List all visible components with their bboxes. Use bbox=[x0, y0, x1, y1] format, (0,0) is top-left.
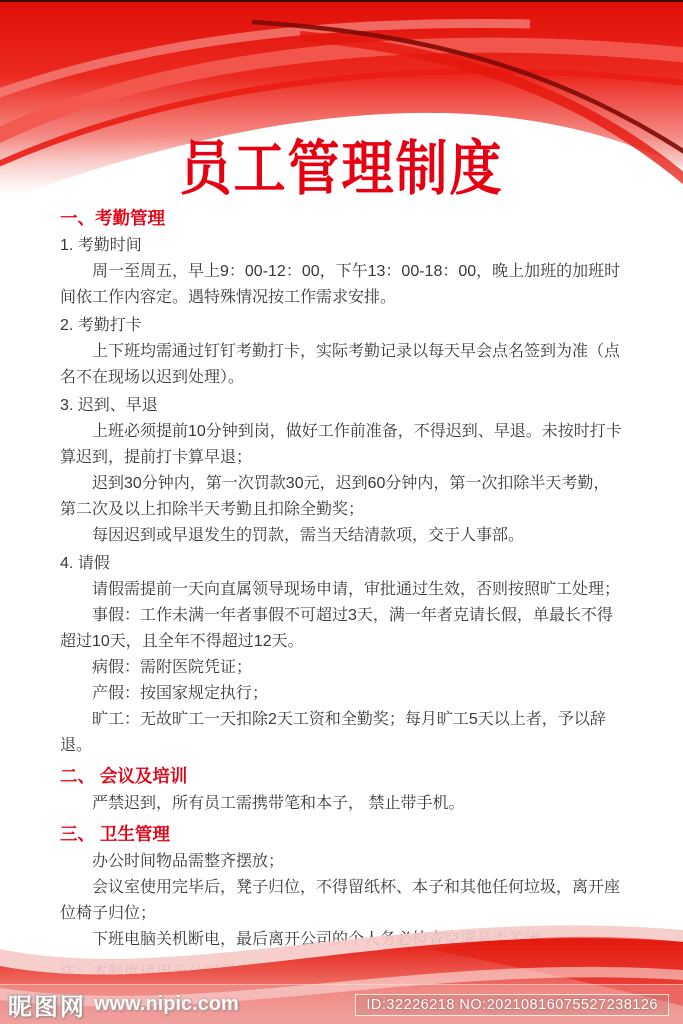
body-paragraph: 迟到30分钟内，第一次罚款30元，迟到60分钟内，第一次扣除半天考勤，第二次及以… bbox=[60, 471, 625, 523]
body-paragraph: 产假：按国家规定执行； bbox=[60, 681, 625, 707]
section-heading-meetings: 二、 会议及培训 bbox=[60, 763, 625, 789]
top-border-line bbox=[0, 0, 683, 2]
body-paragraph: 病假：需附医院凭证； bbox=[60, 655, 625, 681]
body-paragraph: 严禁迟到，所有员工需携带笔和本子， 禁止带手机。 bbox=[60, 791, 625, 817]
body-paragraph: 上班必须提前10分钟到岗，做好工作前准备，不得迟到、早退。未按时打卡算迟到，提前… bbox=[60, 419, 625, 471]
watermark-bar: 昵图网 www.nipic.com ID:32226218 NO:2021081… bbox=[0, 984, 683, 1024]
section-heading-hygiene: 三、 卫生管理 bbox=[60, 821, 625, 847]
section-heading-attendance: 一、考勤管理 bbox=[60, 205, 625, 231]
body-paragraph: 事假：工作未满一年者事假不可超过3天，满一年者克请长假，单最长不得超过10天，且… bbox=[60, 603, 625, 655]
poster-page: 员工管理制度 一、考勤管理 1. 考勤时间 周一至周五，早上9：00-12：00… bbox=[0, 0, 683, 1024]
subsection-title: 3. 迟到、早退 bbox=[60, 393, 625, 419]
page-title: 员工管理制度 bbox=[0, 120, 683, 206]
watermark-site: 昵图网 www.nipic.com bbox=[8, 987, 239, 1022]
site-logo: 昵图网 bbox=[8, 987, 86, 1022]
subsection-title: 2. 考勤打卡 bbox=[60, 313, 625, 339]
site-url: www.nipic.com bbox=[94, 993, 239, 1016]
body-paragraph: 周一至周五，早上9：00-12：00，下午13：00-18：00，晚上加班的加班… bbox=[60, 259, 625, 311]
subsection-title: 4. 请假 bbox=[60, 551, 625, 577]
body-paragraph: 旷工：无故旷工一天扣除2天工资和全勤奖；每月旷工5天以上者，予以辞退。 bbox=[60, 707, 625, 759]
subsection-title: 1. 考勤时间 bbox=[60, 233, 625, 259]
body-paragraph: 上下班均需通过钉钉考勤打卡，实际考勤记录以每天早会点名签到为准（点名不在现场以迟… bbox=[60, 339, 625, 391]
document-content: 一、考勤管理 1. 考勤时间 周一至周五，早上9：00-12：00，下午13：0… bbox=[60, 201, 625, 1012]
body-paragraph: 每因迟到或早退发生的罚款，需当天结清款项，交于人事部。 bbox=[60, 523, 625, 549]
body-paragraph: 请假需提前一天向直属领导现场申请，审批通过生效，否则按照旷工处理； bbox=[60, 577, 625, 603]
image-id-badge: ID:32226218 NO:20210816075527238126 bbox=[355, 994, 669, 1016]
body-paragraph: 办公时间物品需整齐摆放； bbox=[60, 849, 625, 875]
